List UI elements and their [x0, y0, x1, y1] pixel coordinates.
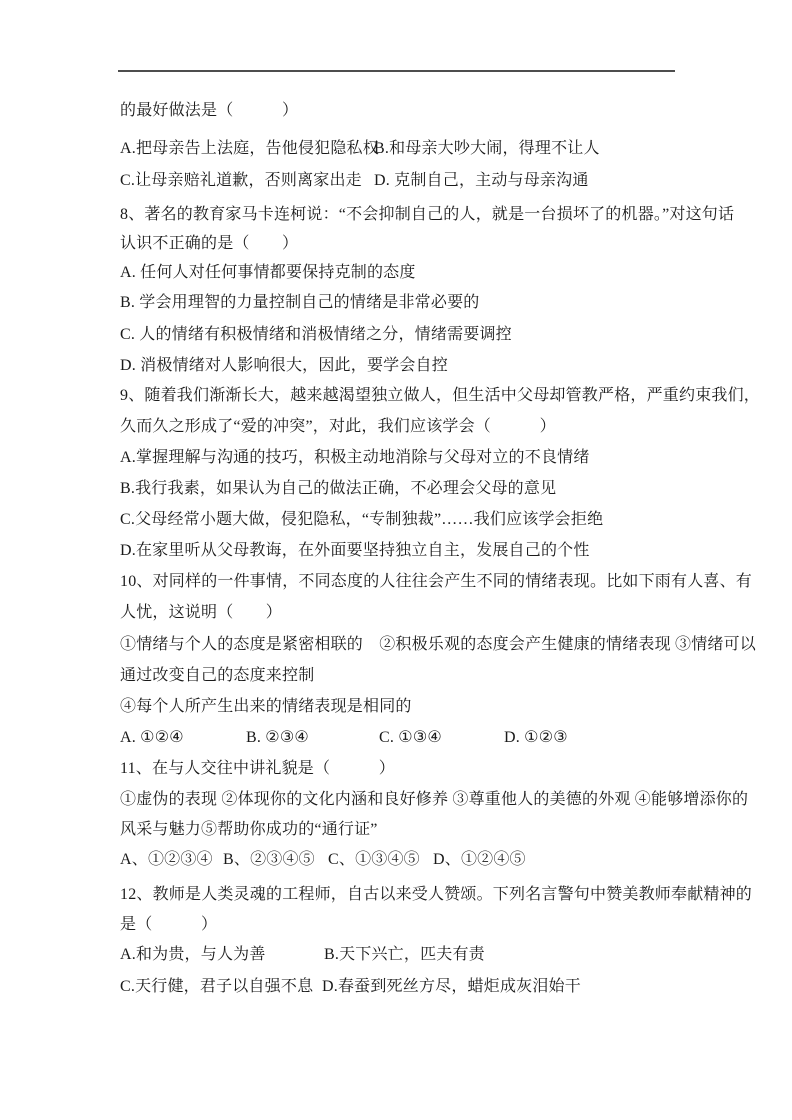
q11-stem: 11、在与人交往中讲礼貌是（ ） — [120, 758, 730, 779]
q10-option-b: B. ②③④ — [246, 727, 309, 748]
q10-items-line-2: 通过改变自己的态度来控制 — [120, 665, 730, 686]
q7-options-row-cd: C.让母亲赔礼道歉，否则离家出走 D. 克制自己，主动与母亲沟通 — [120, 170, 730, 191]
q11-items-line-1: ①虚伪的表现 ②体现你的文化内涵和良好修养 ③尊重他人的美德的外观 ④能够增添你… — [120, 789, 730, 810]
q12-stem-line-1: 12、教师是人类灵魂的工程师，自古以来受人赞颂。下列名言警句中赞美教师奉献精神的 — [120, 884, 730, 905]
q8-option-a: A. 任何人对任何事情都要保持克制的态度 — [120, 262, 730, 283]
q9-option-d: D.在家里听从父母教诲，在外面要坚持独立自主，发展自己的个性 — [120, 540, 730, 561]
q11-items-line-2: 风采与魅力⑤帮助你成功的“通行证” — [120, 819, 730, 840]
q10-option-d: D. ①②③ — [504, 727, 568, 748]
q10-option-c: C. ①③④ — [379, 727, 442, 748]
q10-stem-line-2: 人忧，这说明（ ） — [120, 602, 730, 623]
q12-stem-line-2: 是（ ） — [120, 914, 730, 935]
q8-option-d: D. 消极情绪对人影响很大，因此，要学会自控 — [120, 355, 730, 376]
q12-options-row-ab: A.和为贵，与人为善 B.天下兴亡，匹夫有责 — [120, 944, 730, 965]
q8-option-b: B. 学会用理智的力量控制自己的情绪是非常必要的 — [120, 292, 730, 313]
q11-options-row: A、①②③④ B、②③④⑤ C、①③④⑤ D、①②④⑤ — [120, 849, 730, 870]
q11-option-d: D、①②④⑤ — [433, 849, 526, 870]
q10-options-row: A. ①②④ B. ②③④ C. ①③④ D. ①②③ — [120, 727, 730, 748]
q12-option-c: C.天行健，君子以自强不息 — [120, 976, 313, 997]
q11-option-c: C、①③④⑤ — [328, 849, 420, 870]
q7-stem-tail: 的最好做法是（ ） — [120, 100, 730, 121]
q10-items-line-3: ④每个人所产生出来的情绪表现是相同的 — [120, 696, 730, 717]
q10-stem-line-1: 10、对同样的一件事情，不同态度的人往往会产生不同的情绪表现。比如下雨有人喜、有 — [120, 571, 730, 592]
q7-option-c: C.让母亲赔礼道歉，否则离家出走 — [120, 170, 362, 191]
q7-option-a: A.把母亲告上法庭，告他侵犯隐私权 — [120, 138, 379, 159]
q10-items-line-1: ①情绪与个人的态度是紧密相联的 ②积极乐观的态度会产生健康的情绪表现 ③情绪可以 — [120, 634, 730, 655]
q9-stem-line-1: 9、随着我们渐渐长大，越来越渴望独立做人，但生活中父母却管教严格，严重约束我们， — [120, 385, 730, 406]
q12-option-d: D.春蚕到死丝方尽，蜡炬成灰泪始干 — [322, 976, 581, 997]
q7-option-b: B.和母亲大吵大闹，得理不让人 — [374, 138, 600, 159]
q8-stem-line-2: 认识不正确的是（ ） — [120, 233, 730, 254]
q12-option-b: B.天下兴亡，匹夫有责 — [324, 944, 485, 965]
q10-option-a: A. ①②④ — [120, 727, 184, 748]
q8-stem-line-1: 8、著名的教育家马卡连柯说：“不会抑制自己的人，就是一台损坏了的机器。”对这句话 — [120, 204, 730, 225]
q7-options-row-ab: A.把母亲告上法庭，告他侵犯隐私权 B.和母亲大吵大闹，得理不让人 — [120, 138, 730, 159]
q9-option-c: C.父母经常小题大做，侵犯隐私，“专制独裁”……我们应该学会拒绝 — [120, 509, 730, 530]
page-header-rule — [118, 70, 675, 72]
q9-option-a: A.掌握理解与沟通的技巧，积极主动地消除与父母对立的不良情绪 — [120, 447, 730, 468]
q11-option-a: A、①②③④ — [120, 849, 213, 870]
q12-option-a: A.和为贵，与人为善 — [120, 944, 266, 965]
q8-option-c: C. 人的情绪有积极情绪和消极情绪之分，情绪需要调控 — [120, 324, 730, 345]
q9-option-b: B.我行我素，如果认为自己的做法正确，不必理会父母的意见 — [120, 478, 730, 499]
exam-document-page: 的最好做法是（ ） A.把母亲告上法庭，告他侵犯隐私权 B.和母亲大吵大闹，得理… — [0, 0, 792, 1120]
q11-option-b: B、②③④⑤ — [223, 849, 315, 870]
q7-option-d: D. 克制自己，主动与母亲沟通 — [374, 170, 589, 191]
q12-options-row-cd: C.天行健，君子以自强不息 D.春蚕到死丝方尽，蜡炬成灰泪始干 — [120, 976, 730, 997]
q9-stem-line-2: 久而久之形成了“爱的冲突”，对此，我们应该学会（ ） — [120, 416, 730, 437]
